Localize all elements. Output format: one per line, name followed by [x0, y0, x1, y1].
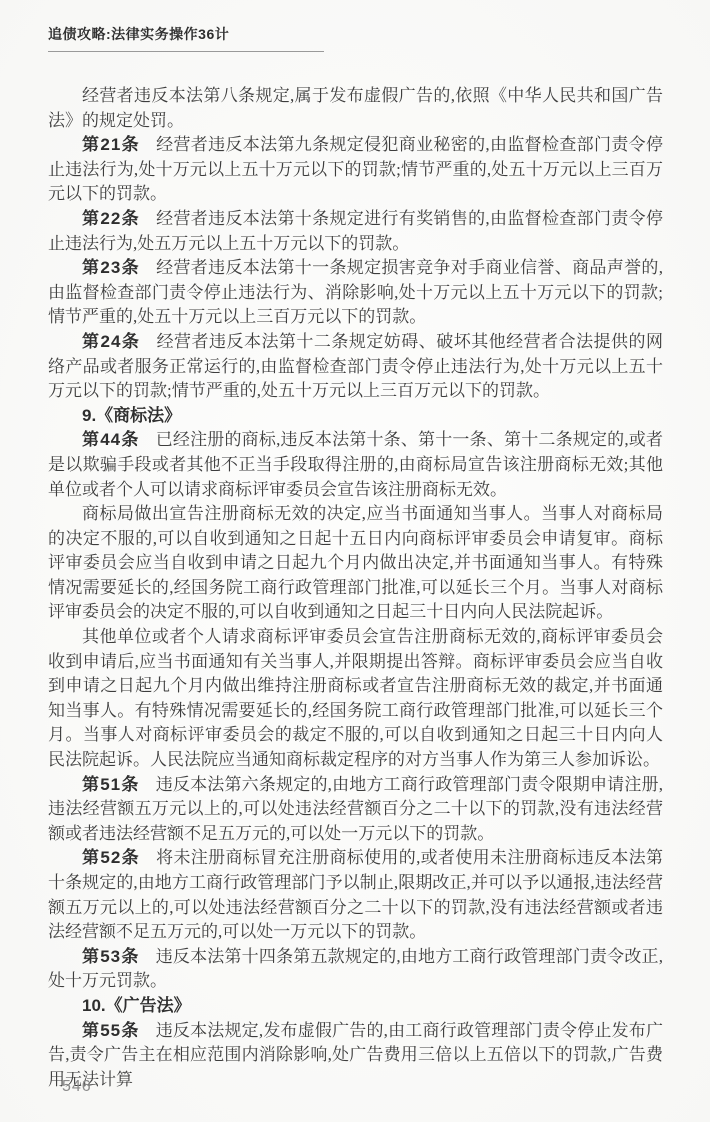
- article-label: 第53条: [82, 947, 140, 966]
- article-label: 第23条: [82, 258, 140, 277]
- paragraph-text: 经营者违反本法第八条规定,属于发布虚假广告的,依照《中华人民共和国广告法》的规定…: [48, 86, 663, 130]
- article-label: 第55条: [82, 1021, 140, 1040]
- section-heading: 9.《商标法》: [48, 404, 663, 429]
- paragraph-text: 其他单位或者个人请求商标评审委员会宣告注册商标无效的,商标评审委员会收到申请后,…: [48, 627, 663, 769]
- paragraph-text: 违反本法规定,发布虚假广告的,由工商行政管理部门责令停止发布广告,责令广告主在相…: [48, 1021, 663, 1089]
- paragraph-text: 经营者违反本法第十条规定进行有奖销售的,由监督检查部门责令停止违法行为,处五万元…: [48, 209, 663, 253]
- paragraph: 其他单位或者个人请求商标评审委员会宣告注册商标无效的,商标评审委员会收到申请后,…: [48, 625, 663, 773]
- paragraph-text: 违反本法第六条规定的,由地方工商行政管理部门责令限期申请注册,违法经营额五万元以…: [48, 775, 663, 843]
- paragraph-text: 经营者违反本法第十一条规定损害竞争对手商业信誉、商品声誉的,由监督检查部门责令停…: [48, 258, 663, 326]
- article-label: 第51条: [82, 775, 140, 794]
- running-head-title: 追债攻略:法律实务操作36计: [48, 26, 229, 42]
- article-label: 第24条: [82, 332, 140, 351]
- paragraph: 第55条违反本法规定,发布虚假广告的,由工商行政管理部门责令停止发布广告,责令广…: [48, 1019, 663, 1093]
- paragraph: 第21条经营者违反本法第九条规定侵犯商业秘密的,由监督检查部门责令停止违法行为,…: [48, 133, 663, 207]
- book-page: 追债攻略:法律实务操作36计 经营者违反本法第八条规定,属于发布虚假广告的,依照…: [0, 0, 710, 1122]
- paragraph: 第51条违反本法第六条规定的,由地方工商行政管理部门责令限期申请注册,违法经营额…: [48, 773, 663, 847]
- paragraph: 第23条经营者违反本法第十一条规定损害竞争对手商业信誉、商品声誉的,由监督检查部…: [48, 256, 663, 330]
- page-number: 546: [62, 1078, 92, 1096]
- paragraph-text: 将未注册商标冒充注册商标使用的,或者使用未注册商标违反本法第十条规定的,由地方工…: [48, 848, 663, 941]
- paragraph-text: 经营者违反本法第九条规定侵犯商业秘密的,由监督检查部门责令停止违法行为,处十万元…: [48, 135, 663, 203]
- paragraph: 第44条已经注册的商标,违反本法第十条、第十一条、第十二条规定的,或者是以欺骗手…: [48, 428, 663, 502]
- paragraph: 第22条经营者违反本法第十条规定进行有奖销售的,由监督检查部门责令停止违法行为,…: [48, 207, 663, 256]
- paragraph: 第53条违反本法第十四条第五款规定的,由地方工商行政管理部门责令改正,处十万元罚…: [48, 945, 663, 994]
- paragraph: 第52条将未注册商标冒充注册商标使用的,或者使用未注册商标违反本法第十条规定的,…: [48, 846, 663, 944]
- paragraph-text: 商标局做出宣告注册商标无效的决定,应当书面通知当事人。当事人对商标局的决定不服的…: [48, 504, 663, 621]
- paragraph-text: 经营者违反本法第十二条规定妨碍、破坏其他经营者合法提供的网络产品或者服务正常运行…: [48, 332, 663, 400]
- paragraph-text: 已经注册的商标,违反本法第十条、第十一条、第十二条规定的,或者是以欺骗手段或者其…: [48, 430, 663, 498]
- paragraph: 经营者违反本法第八条规定,属于发布虚假广告的,依照《中华人民共和国广告法》的规定…: [48, 84, 663, 133]
- article-label: 第21条: [82, 135, 140, 154]
- paragraph-text: 违反本法第十四条第五款规定的,由地方工商行政管理部门责令改正,处十万元罚款。: [48, 947, 663, 991]
- running-head: 追债攻略:法律实务操作36计: [48, 24, 324, 52]
- paragraph: 第24条经营者违反本法第十二条规定妨碍、破坏其他经营者合法提供的网络产品或者服务…: [48, 330, 663, 404]
- paragraph: 商标局做出宣告注册商标无效的决定,应当书面通知当事人。当事人对商标局的决定不服的…: [48, 502, 663, 625]
- section-heading: 10.《广告法》: [48, 994, 663, 1019]
- paragraph-text: 9.《商标法》: [82, 406, 181, 425]
- article-label: 第44条: [82, 430, 140, 449]
- article-label: 第22条: [82, 209, 140, 228]
- article-label: 第52条: [82, 848, 140, 867]
- paragraph-text: 10.《广告法》: [82, 996, 191, 1015]
- page-body: 经营者违反本法第八条规定,属于发布虚假广告的,依照《中华人民共和国广告法》的规定…: [48, 84, 663, 1092]
